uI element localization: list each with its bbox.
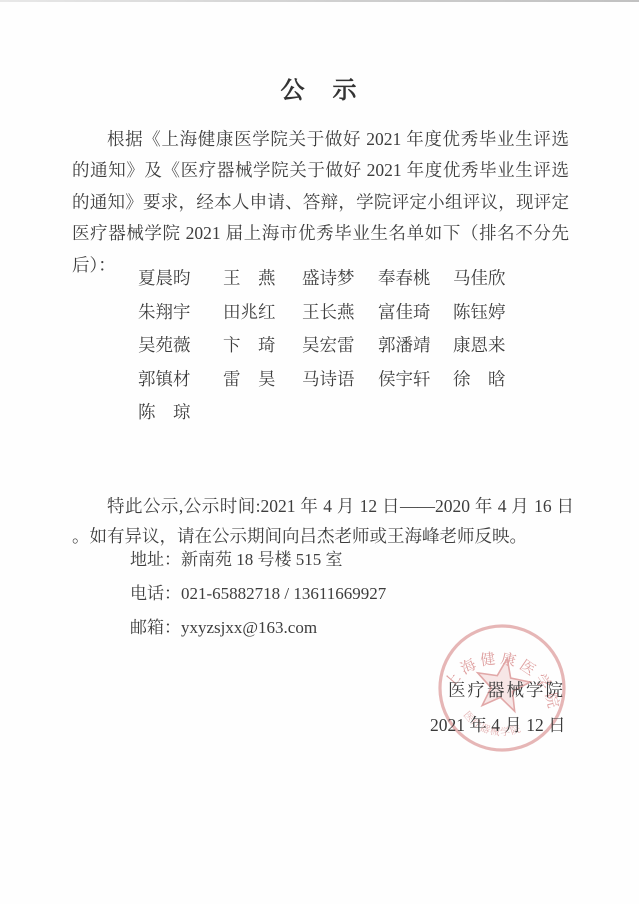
contact-address: 地址：新南苑 18 号楼 515 室 — [130, 543, 386, 577]
email-value: yxyzsjxx@163.com — [181, 618, 317, 637]
phone-label: 电话： — [130, 584, 181, 603]
email-label: 邮箱： — [130, 618, 181, 637]
graduate-name: 马诗语 — [302, 370, 378, 389]
graduate-name: 卞 琦 — [223, 336, 302, 355]
contact-email: 邮箱：yxyzsjxx@163.com — [130, 611, 386, 645]
graduate-name: 雷 昊 — [223, 370, 302, 389]
contact-phone: 电话：021-65882718 / 13611669927 — [130, 577, 386, 611]
address-label: 地址： — [130, 550, 181, 569]
scan-edge-artifact — [0, 0, 639, 2]
graduate-name: 田兆红 — [223, 303, 302, 322]
signature-org: 医疗器械学院 — [448, 677, 565, 702]
phone-value: 021-65882718 / 13611669927 — [181, 584, 386, 603]
graduate-name: 康恩来 — [453, 336, 523, 355]
graduate-name: 郭镇材 — [138, 370, 223, 389]
graduate-name: 马佳欣 — [453, 269, 523, 288]
notice-paragraph: 特此公示,公示时间:2021 年 4 月 12 日——2020 年 4 月 16… — [72, 491, 574, 551]
graduate-name: 盛诗梦 — [302, 269, 378, 288]
graduate-name: 奉春桃 — [378, 269, 453, 288]
address-value: 新南苑 18 号楼 515 室 — [181, 550, 343, 569]
intro-paragraph: 根据《上海健康医学院关于做好 2021 年度优秀毕业生评选的通知》及《医疗器械学… — [72, 124, 569, 282]
graduate-name: 王长燕 — [302, 303, 378, 322]
graduate-name: 陈 琼 — [138, 403, 223, 422]
graduate-name: 朱翔宇 — [138, 303, 223, 322]
graduate-name: 王 燕 — [223, 269, 302, 288]
graduate-name: 陈钰婷 — [453, 303, 523, 322]
graduate-name — [223, 403, 302, 422]
graduate-name: 夏晨昀 — [138, 269, 223, 288]
graduate-name — [302, 403, 378, 422]
graduate-name — [453, 403, 523, 422]
graduate-name: 侯宇轩 — [378, 370, 453, 389]
graduate-name: 徐 晗 — [453, 370, 523, 389]
graduate-name: 吴宏雷 — [302, 336, 378, 355]
graduate-name: 富佳琦 — [378, 303, 453, 322]
graduate-name: 郭潘靖 — [378, 336, 453, 355]
signature-date: 2021 年 4 月 12 日 — [430, 712, 566, 737]
contact-block: 地址：新南苑 18 号楼 515 室 电话：021-65882718 / 136… — [130, 543, 386, 645]
graduate-name — [378, 403, 453, 422]
graduate-name: 吴苑薇 — [138, 336, 223, 355]
notice-title: 公 示 — [0, 70, 639, 105]
document-page: 公 示 根据《上海健康医学院关于做好 2021 年度优秀毕业生评选的通知》及《医… — [0, 0, 639, 904]
graduates-grid: 夏晨昀 王 燕 盛诗梦 奉春桃 马佳欣 朱翔宇 田兆红 王长燕 富佳琦 陈钰婷 … — [138, 269, 523, 422]
